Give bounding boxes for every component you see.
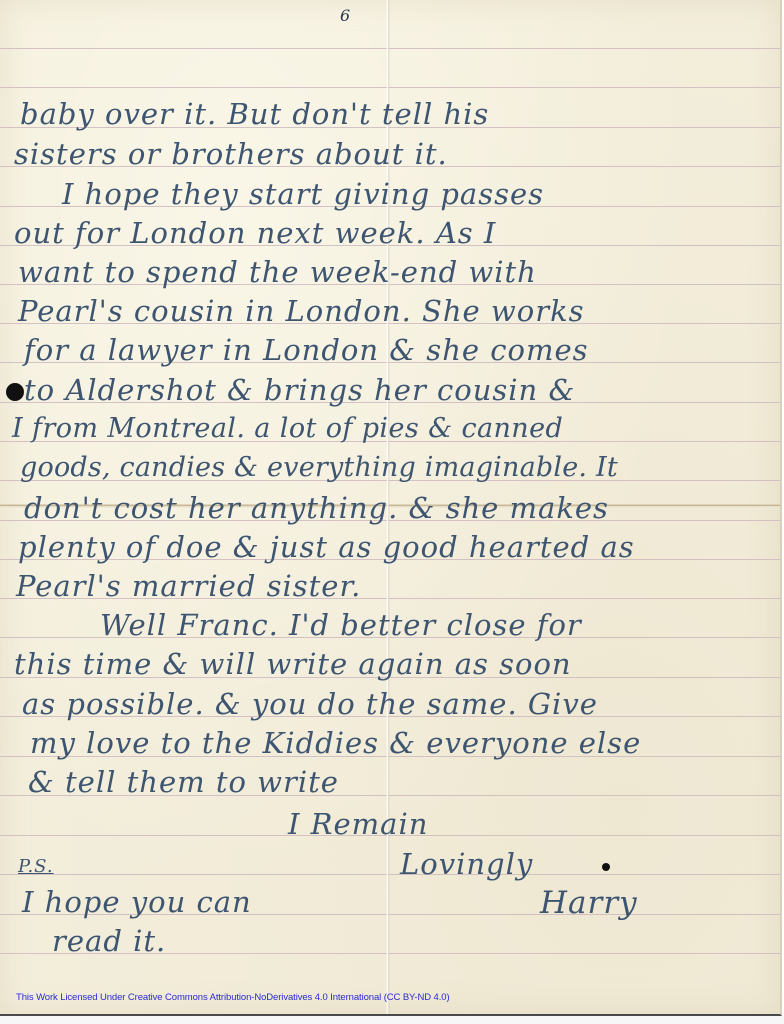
letter-line: baby over it. But don't tell his: [20, 100, 489, 129]
closing-remain: I Remain: [288, 810, 428, 839]
closing-lovingly: Lovingly: [400, 850, 533, 879]
letter-line: & tell them to write: [28, 768, 339, 797]
license-notice: This Work Licensed Under Creative Common…: [16, 992, 450, 1003]
letter-line: to Aldershot & brings her cousin &: [24, 376, 575, 405]
ruled-line: [0, 874, 780, 875]
letter-line: don't cost her anything. & she makes: [24, 494, 609, 523]
letter-line: Well Franc. I'd better close for: [100, 611, 582, 640]
letter-line: this time & will write again as soon: [14, 650, 572, 679]
letter-page: 6 baby over it. But don't tell his siste…: [0, 0, 782, 1016]
letter-line: plenty of doe & just as good hearted as: [18, 533, 635, 562]
postscript-label: P.S.: [18, 858, 54, 876]
letter-line: I from Montreal. a lot of pies & canned: [12, 415, 563, 442]
letter-line: Pearl's cousin in London. She works: [18, 297, 585, 326]
page-number: 6: [340, 6, 350, 25]
scan-margin: [0, 1016, 784, 1024]
ink-blot: [6, 383, 24, 401]
postscript-line: I hope you can: [22, 888, 252, 917]
letter-line: goods, candies & everything imaginable. …: [20, 454, 618, 481]
letter-line: want to spend the week-end with: [18, 258, 537, 287]
letter-line: out for London next week. As I: [14, 219, 496, 248]
ruled-line: [0, 48, 780, 49]
letter-line: Pearl's married sister.: [16, 572, 361, 601]
ink-blot: [602, 863, 610, 871]
letter-line: I hope they start giving passes: [62, 180, 544, 209]
postscript-line: read it.: [52, 927, 166, 956]
ruled-line: [0, 87, 780, 88]
letter-line: for a lawyer in London & she comes: [24, 336, 589, 365]
letter-line: as possible. & you do the same. Give: [22, 690, 598, 719]
letter-line: sisters or brothers about it.: [14, 140, 448, 169]
signature: Harry: [540, 888, 638, 919]
letter-line: my love to the Kiddies & everyone else: [30, 729, 641, 758]
